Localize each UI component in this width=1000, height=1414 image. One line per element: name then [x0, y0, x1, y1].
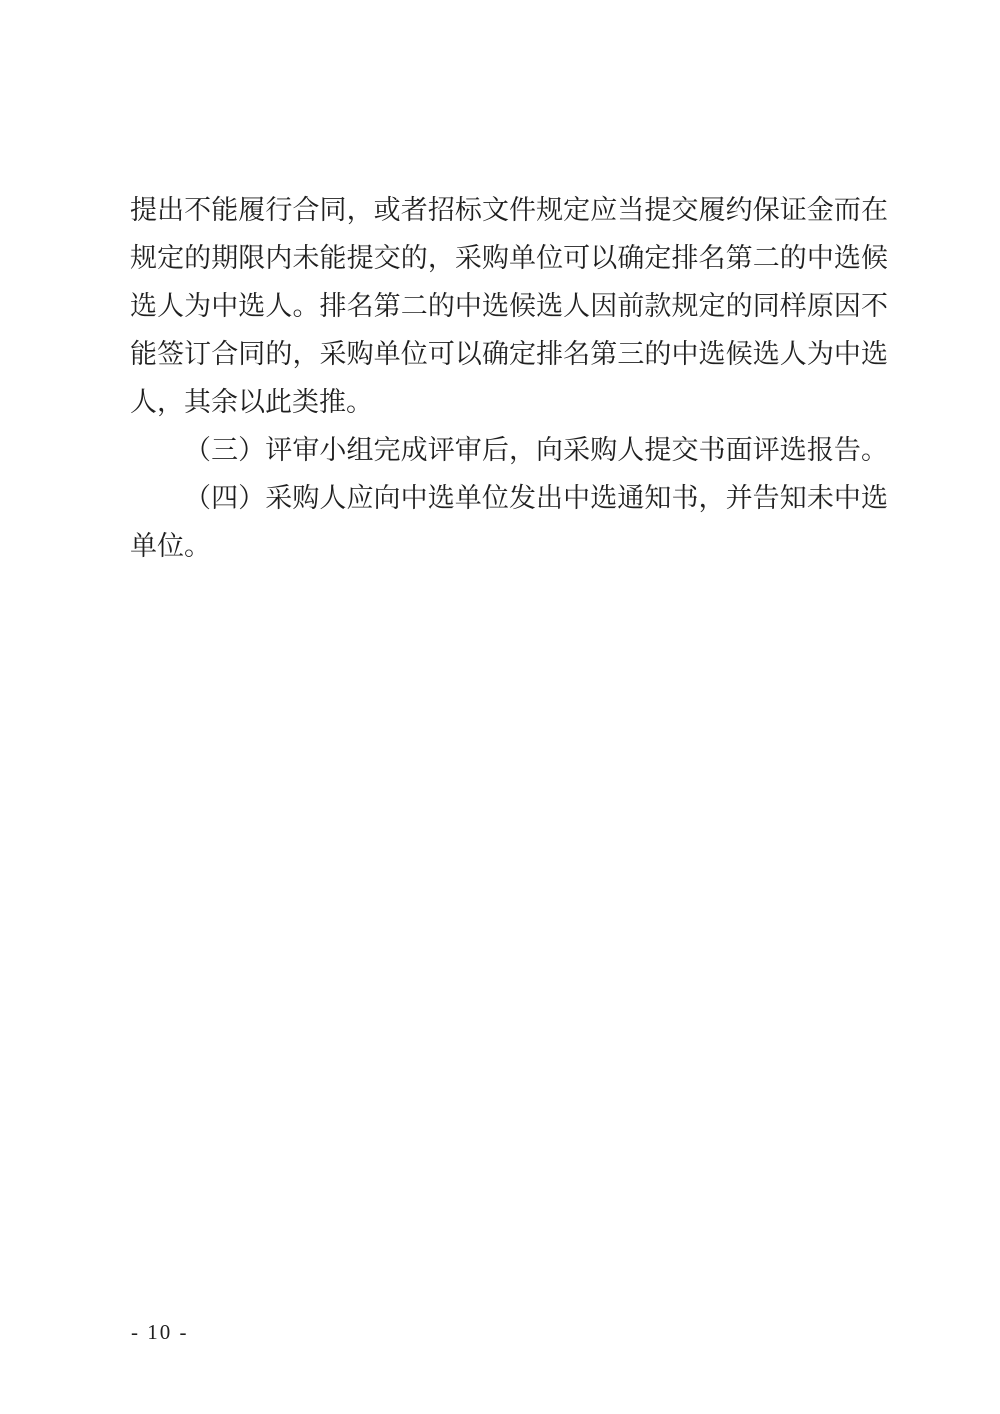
body-line: 单位。: [130, 522, 888, 570]
body-line: 人，其余以此类推。: [130, 378, 888, 426]
body-line: 能签订合同的，采购单位可以确定排名第三的中选候选人为中选: [130, 330, 888, 378]
body-line: 选人为中选人。排名第二的中选候选人因前款规定的同样原因不: [130, 282, 888, 330]
body-line: （四）采购人应向中选单位发出中选通知书，并告知未中选: [130, 474, 888, 522]
body-line: 规定的期限内未能提交的，采购单位可以确定排名第二的中选候: [130, 234, 888, 282]
page-number: - 10 -: [131, 1320, 189, 1345]
body-line: （三）评审小组完成评审后，向采购人提交书面评选报告。: [130, 426, 888, 474]
body-text: 提出不能履行合同，或者招标文件规定应当提交履约保证金而在 规定的期限内未能提交的…: [130, 186, 888, 570]
body-line: 提出不能履行合同，或者招标文件规定应当提交履约保证金而在: [130, 186, 888, 234]
document-page: 提出不能履行合同，或者招标文件规定应当提交履约保证金而在 规定的期限内未能提交的…: [0, 0, 1000, 1414]
